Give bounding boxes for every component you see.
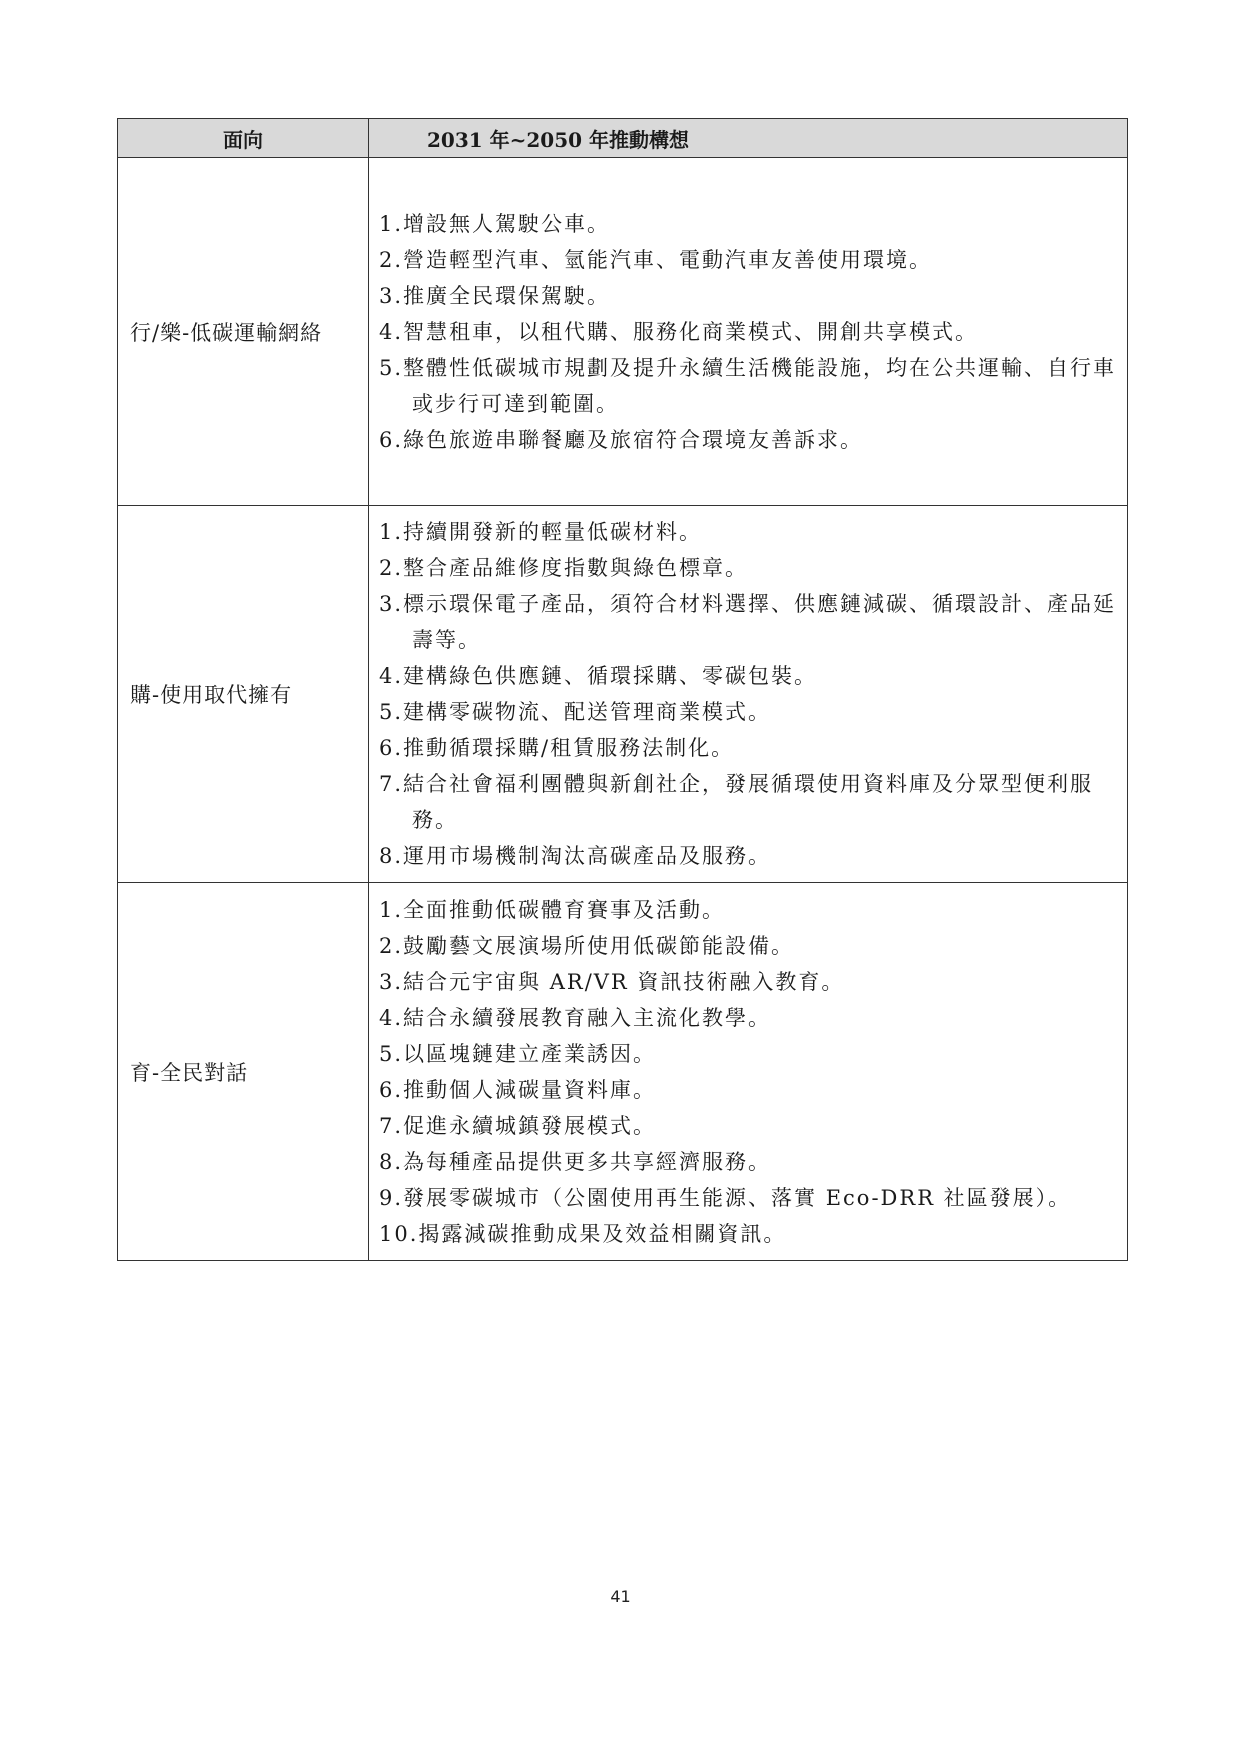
table-row: 育-全民對話 1.全面推動低碳體育賽事及活動。 2.鼓勵藝文展演場所使用低碳節能…	[118, 883, 1128, 1261]
list-item: 2.整合產品維修度指數與綠色標章。	[379, 550, 1117, 586]
list-item: 3.推廣全民環保駕駛。	[379, 278, 1117, 314]
list-item: 7.促進永續城鎮發展模式。	[379, 1108, 1117, 1144]
page-number: 41	[0, 1587, 1241, 1606]
list-item: 8.運用市場機制淘汰高碳產品及服務。	[379, 838, 1117, 874]
plan-items-cell: 1.持續開發新的輕量低碳材料。 2.整合產品維修度指數與綠色標章。 3.標示環保…	[369, 506, 1128, 883]
list-item: 5.整體性低碳城市規劃及提升永續生活機能設施，均在公共運輸、自行車或步行可達到範…	[379, 350, 1117, 422]
list-item: 5.建構零碳物流、配送管理商業模式。	[379, 694, 1117, 730]
table-header-row: 面向 2031 年~2050 年推動構想	[118, 119, 1128, 158]
table-row: 行/樂-低碳運輸網絡 1.增設無人駕駛公車。 2.營造輕型汽車、氫能汽車、電動汽…	[118, 158, 1128, 506]
column-header-aspect: 面向	[118, 119, 369, 158]
aspect-cell: 育-全民對話	[118, 883, 369, 1261]
list-item: 4.結合永續發展教育融入主流化教學。	[379, 1000, 1117, 1036]
aspect-cell: 行/樂-低碳運輸網絡	[118, 158, 369, 506]
list-item: 9.發展零碳城市（公園使用再生能源、落實 Eco-DRR 社區發展）。	[379, 1180, 1117, 1216]
plan-items-cell: 1.全面推動低碳體育賽事及活動。 2.鼓勵藝文展演場所使用低碳節能設備。 3.結…	[369, 883, 1128, 1261]
list-item: 8.為每種產品提供更多共享經濟服務。	[379, 1144, 1117, 1180]
list-item: 6.綠色旅遊串聯餐廳及旅宿符合環境友善訴求。	[379, 422, 1117, 458]
list-item: 2.營造輕型汽車、氫能汽車、電動汽車友善使用環境。	[379, 242, 1117, 278]
column-header-plan: 2031 年~2050 年推動構想	[369, 119, 1128, 158]
list-item: 5.以區塊鏈建立產業誘因。	[379, 1036, 1117, 1072]
list-item: 10.揭露減碳推動成果及效益相關資訊。	[379, 1216, 1117, 1252]
promotion-plan-table: 面向 2031 年~2050 年推動構想 行/樂-低碳運輸網絡 1.增設無人駕駛…	[117, 118, 1128, 1261]
list-item: 4.智慧租車，以租代購、服務化商業模式、開創共享模式。	[379, 314, 1117, 350]
list-item: 6.推動個人減碳量資料庫。	[379, 1072, 1117, 1108]
list-item: 2.鼓勵藝文展演場所使用低碳節能設備。	[379, 928, 1117, 964]
list-item: 3.標示環保電子產品，須符合材料選擇、供應鏈減碳、循環設計、產品延壽等。	[379, 586, 1117, 658]
list-item: 7.結合社會福利團體與新創社企，發展循環使用資料庫及分眾型便利服務。	[379, 766, 1117, 838]
list-item: 3.結合元宇宙與 AR/VR 資訊技術融入教育。	[379, 964, 1117, 1000]
list-item: 6.推動循環採購/租賃服務法制化。	[379, 730, 1117, 766]
list-item: 1.持續開發新的輕量低碳材料。	[379, 514, 1117, 550]
plan-items-cell: 1.增設無人駕駛公車。 2.營造輕型汽車、氫能汽車、電動汽車友善使用環境。 3.…	[369, 158, 1128, 506]
list-item: 1.全面推動低碳體育賽事及活動。	[379, 892, 1117, 928]
table-row: 購-使用取代擁有 1.持續開發新的輕量低碳材料。 2.整合產品維修度指數與綠色標…	[118, 506, 1128, 883]
aspect-cell: 購-使用取代擁有	[118, 506, 369, 883]
list-item: 4.建構綠色供應鏈、循環採購、零碳包裝。	[379, 658, 1117, 694]
document-page: 面向 2031 年~2050 年推動構想 行/樂-低碳運輸網絡 1.增設無人駕駛…	[0, 0, 1241, 1754]
list-item: 1.增設無人駕駛公車。	[379, 206, 1117, 242]
